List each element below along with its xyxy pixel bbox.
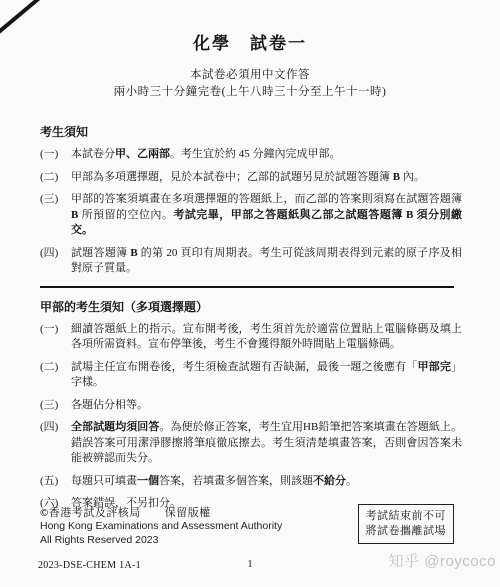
item-number: (一): [40, 147, 71, 163]
authority-name-en: Hong Kong Examinations and Assessment Au…: [40, 520, 282, 534]
item-number: (五): [40, 474, 71, 490]
copyright-icon: ©: [40, 507, 49, 519]
exit-notice-line-2: 將試卷攜離試場: [366, 524, 447, 539]
item-text: 各題佔分相等。: [71, 398, 462, 414]
instruction-item: (二) 甲部為多項選擇題，見於本試卷中；乙部的試題另見於試題答題簿 B 內。: [40, 170, 462, 186]
zhihu-watermark: 知乎 @roycoco: [389, 550, 496, 571]
exam-paper-page: 化學 試卷一 本試卷必須用中文作答 兩小時三十分鐘完卷(上午八時三十分至上午十一…: [0, 0, 500, 512]
item-number: (三): [40, 192, 71, 239]
item-text: 每題只可填畫一個答案，若填畫多個答案，則該題不給分。: [71, 474, 462, 490]
item-text: 試題答題簿 B 的第 20 頁印有周期表。考生可從該周期表得到元素的原子序及相對…: [71, 246, 462, 277]
authority-name-cn: 香港考試及評核局: [49, 507, 141, 519]
item-text: 甲部為多項選擇題，見於本試卷中；乙部的試題另見於試題答題簿 B 內。: [71, 170, 462, 186]
general-instructions-heading: 考生須知: [40, 125, 462, 140]
duration-note: 兩小時三十分鐘完卷(上午八時三十分至上午十一時): [0, 84, 500, 101]
item-number: (二): [40, 170, 71, 186]
rights-reserved-en: All Rights Reserved 2023: [40, 534, 282, 548]
item-number: (二): [40, 360, 71, 391]
rights-reserved-cn: 保留版權: [165, 507, 211, 519]
item-number: (三): [40, 398, 71, 414]
section-a-instructions-section: 甲部的考生須知（多項選擇題） (一) 細讀答題紙上的指示。宣布開考後，考生須首先…: [40, 300, 462, 512]
instruction-item: (三) 各題佔分相等。: [40, 398, 462, 414]
instruction-item: (三) 甲部的答案須填畫在多項選擇題的答題紙上，而乙部的答案則須寫在試題答題簿 …: [40, 192, 462, 239]
item-number: (四): [40, 420, 71, 467]
exit-notice-box: 考試結束前不可 將試卷攜離試場: [358, 504, 455, 544]
item-number: (一): [40, 322, 71, 353]
paper-subtitles: 本試卷必須用中文作答 兩小時三十分鐘完卷(上午八時三十分至上午十一時): [0, 67, 500, 101]
language-note: 本試卷必須用中文作答: [0, 67, 500, 84]
item-text: 全部試題均須回答。為便於修正答案，考生宜用HB鉛筆把答案填畫在答題紙上。錯誤答案…: [71, 420, 462, 467]
exit-notice-line-1: 考試結束前不可: [366, 509, 447, 524]
instruction-item: (二) 試場主任宣布開卷後，考生須檢查試題有否缺漏，最後一題之後應有「甲部完」字…: [40, 360, 462, 391]
general-instructions-section: 考生須知 (一) 本試卷分甲、乙兩部。考生宜於約 45 分鐘內完成甲部。 (二)…: [40, 125, 462, 277]
item-text: 試場主任宣布開卷後，考生須檢查試題有否缺漏，最後一題之後應有「甲部完」字樣。: [71, 360, 462, 391]
copyright-block: ©香港考試及評核局保留版權 Hong Kong Examinations and…: [40, 506, 282, 547]
instruction-item: (五) 每題只可填畫一個答案，若填畫多個答案，則該題不給分。: [40, 474, 462, 490]
copyright-line-cn: ©香港考試及評核局保留版權: [40, 506, 282, 520]
page-title: 化學 試卷一: [0, 0, 500, 54]
instruction-item: (四) 試題答題簿 B 的第 20 頁印有周期表。考生可從該周期表得到元素的原子…: [40, 246, 462, 277]
item-text: 本試卷分甲、乙兩部。考生宜於約 45 分鐘內完成甲部。: [71, 147, 462, 163]
section-a-instructions-heading: 甲部的考生須知（多項選擇題）: [40, 300, 462, 315]
item-text: 細讀答題紙上的指示。宣布開考後，考生須首先於適當位置貼上電腦條碼及填上各項所需資…: [71, 322, 462, 353]
instruction-item: (一) 本試卷分甲、乙兩部。考生宜於約 45 分鐘內完成甲部。: [40, 147, 462, 163]
section-divider: [40, 286, 454, 288]
item-text: 甲部的答案須填畫在多項選擇題的答題紙上，而乙部的答案則須寫在試題答題簿 B 所預…: [71, 192, 462, 239]
instruction-item: (四) 全部試題均須回答。為便於修正答案，考生宜用HB鉛筆把答案填畫在答題紙上。…: [40, 420, 462, 467]
instruction-item: (一) 細讀答題紙上的指示。宣布開考後，考生須首先於適當位置貼上電腦條碼及填上各…: [40, 322, 462, 353]
item-number: (四): [40, 246, 71, 277]
